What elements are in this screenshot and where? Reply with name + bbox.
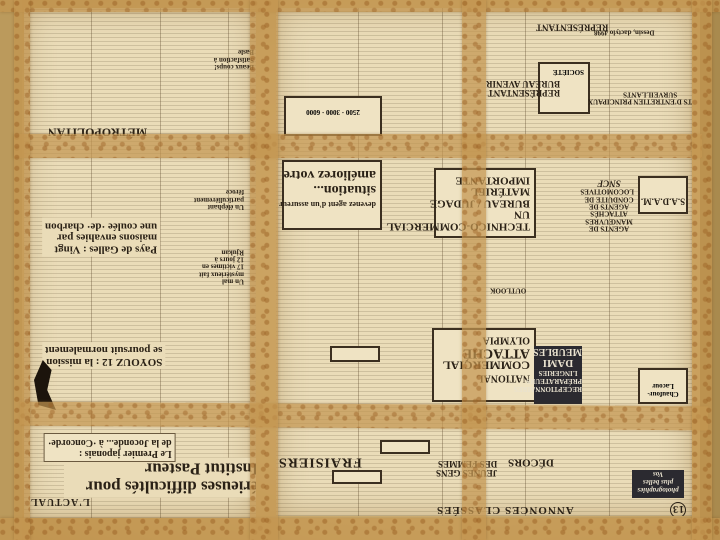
ad-small-box-1 — [380, 440, 430, 454]
ameliorez-line-1: améliorez votre — [288, 166, 376, 181]
photo-ad-line-1: Vos — [632, 470, 684, 478]
side-story-elephant: Un éléphant particulièrement féroce — [194, 188, 244, 210]
ad-chaufour-lacour: Chaufour-Lacour — [638, 368, 688, 404]
representant-1: REPRÉSENTANT — [486, 87, 560, 96]
tape-strip-vertical-center — [250, 0, 278, 540]
left-masthead-text: L'ACTUAL — [30, 496, 90, 507]
meubles-line-3: LINGERIES — [534, 369, 582, 377]
side-story-elephant-text: Un éléphant particulièrement féroce — [194, 188, 244, 210]
tape-strip-bottom-edge — [0, 518, 720, 540]
ameliorez-subtitle: devenez agent d'un assureur — [288, 199, 376, 207]
side-story-rjukan-text: Un mal mystérieux fait 17 victimes en 12… — [194, 248, 244, 285]
ad-bureau-avenir: REPRÉSENTANT BUREAU AVENIR — [486, 78, 560, 97]
fraisiers-text: FRAISIERS — [278, 454, 362, 469]
soyouz-line-1: SOYOUZ 12 : la mission — [45, 356, 162, 368]
ad-echappees — [330, 346, 380, 362]
tape-strip-vertical-left — [14, 0, 30, 540]
ad-sadam-text: S.A.D.A.M. — [640, 196, 686, 205]
ad-surveillants: AGENTS D'ENTRETIEN PRINCIPAUX SURVEILLAN… — [588, 90, 692, 105]
side-story-basle-text: Beaux coups! Satisfaction à Basle — [204, 48, 254, 70]
surveillants-text: SURVEILLANTS — [588, 90, 692, 97]
decors-text: DÉCORS — [508, 456, 554, 468]
ad-ameliorez-votre-situation: devenez agent d'un assureur situation...… — [282, 160, 382, 230]
ad-dactylo: Dessin, dactylo 4998 — [594, 28, 654, 35]
right-masthead: ANNONCES CLASSÉES — [436, 504, 574, 516]
ad-fraisiers-box — [332, 470, 382, 484]
tape-strip-horizontal-bottom — [20, 402, 708, 431]
ad-photographies: photographies plus belles Vos — [632, 470, 684, 498]
meubles-line-4: PRÉPARATEURS — [534, 377, 582, 385]
meubles-line-5: RECEPTIONNAIRES — [534, 385, 582, 393]
ameliorez-line-2: situation... — [288, 181, 376, 196]
tape-strip-vertical-far-right — [692, 0, 712, 540]
agents-entretien: AGENTS D'ENTRETIEN PRINCIPAUX — [588, 97, 692, 104]
meubles-line-1: MEUBLES — [534, 346, 582, 357]
headline-pasteur: Sérieuses difficultés pour l'Institut Pa… — [64, 458, 256, 498]
side-story-rjukan: Un mal mystérieux fait 17 victimes en 12… — [194, 248, 244, 285]
chaufour-text: Chaufour-Lacour — [640, 382, 686, 398]
tape-strip-vertical-right — [462, 0, 486, 540]
ad-decors: DÉCORS — [508, 456, 554, 468]
galles-line-1: Pays de Galles : Vingt — [45, 243, 157, 255]
ad-fraisiers: FRAISIERS — [278, 454, 362, 469]
ad-price-box: 2500 · 3000 · 6000 — [284, 96, 382, 136]
ad-price-box-text: 2500 · 3000 · 6000 — [286, 108, 380, 116]
bureau-avenir-text: BUREAU AVENIR — [486, 78, 560, 87]
tape-strip-top-edge — [0, 0, 720, 12]
ad-outlook: OUTLOOK — [490, 286, 526, 293]
tape-strip-horizontal-top — [14, 134, 702, 158]
outlook-text: OUTLOOK — [490, 286, 526, 293]
headline-pays-de-galles: Pays de Galles : Vingt maisons envahies … — [42, 218, 160, 257]
photo-ad-line-2: plus belles — [632, 478, 684, 486]
page-number-text: 13 — [671, 503, 685, 514]
soyouz-line-2: se poursuit normalement — [45, 344, 162, 356]
ad-meubles-dami: RECEPTIONNAIRES PRÉPARATEURS LINGERIES D… — [534, 346, 582, 404]
japonais-line-2: de la Joconde... à ·Concorde· — [48, 437, 172, 448]
ad-sadam: S.A.D.A.M. — [638, 176, 688, 214]
side-story-basle: Beaux coups! Satisfaction à Basle — [204, 48, 254, 70]
headline-soyouz: SOYOUZ 12 : la mission se poursuit norma… — [42, 342, 165, 369]
page-number-badge: 13 — [670, 502, 686, 516]
galles-line-3: une coulée ·de· charbon — [45, 220, 157, 232]
japonais-line-1: Le Premier japonais : — [48, 448, 172, 459]
headline-pasteur-text: Sérieuses difficultés pour l'Institut Pa… — [68, 460, 256, 496]
sncf-sub-2: AGENTS DE MANŒUVRES ATTACHÉS — [584, 209, 634, 231]
left-newspaper-page: Sérieuses difficultés pour l'Institut Pa… — [24, 8, 256, 518]
left-masthead: L'ACTUAL — [30, 496, 90, 507]
headline-japonais: Le Premier japonais : de la Joconde... à… — [44, 433, 176, 462]
dactylo-text: Dessin, dactylo 4998 — [594, 28, 654, 35]
meubles-line-2: DAMI — [534, 357, 582, 369]
right-masthead-text: ANNONCES CLASSÉES — [436, 504, 574, 516]
photo-ad-line-3: photographies — [632, 486, 684, 494]
galles-line-2: maisons envahies par — [45, 232, 157, 244]
sncf-logo: SNCF — [584, 178, 634, 187]
sncf-sub: AGENTS DE CONDUITE DE LOCOMOTIVES — [584, 187, 634, 209]
ad-sncf: AGENTS DE MANŒUVRES ATTACHÉS AGENTS DE C… — [584, 178, 634, 232]
